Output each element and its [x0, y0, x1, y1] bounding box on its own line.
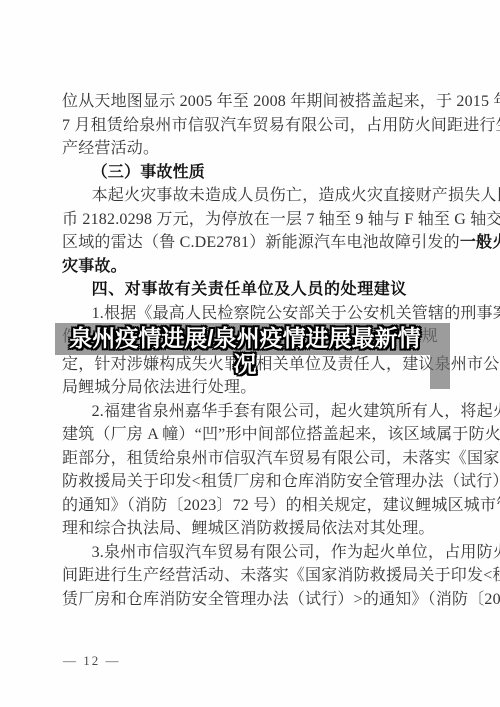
text-line: 建筑（厂房 A 幢）“凹”形中间部位搭盖起来，该区域属于防火间: [62, 423, 438, 447]
text-line: 的通知》（消防〔2023〕72 号）的相关规定，建议鲤城区城市管: [62, 494, 438, 518]
text-line: 1.根据《最高人民检察院公安部关于公安机关管辖的刑事案: [62, 302, 438, 326]
text-line: 位从天地图显示 2005 年至 2008 年期间被搭盖起来，于 2015 年: [62, 90, 438, 114]
document-page: 位从天地图显示 2005 年至 2008 年期间被搭盖起来，于 2015 年7 …: [0, 0, 500, 707]
text-line: 灾事故。: [62, 255, 438, 279]
overlay-headline: 泉州疫情进展/泉州疫情进展最新情 况: [55, 325, 435, 377]
headline-line-2: 况: [55, 351, 435, 377]
text-line: 间距进行生产经营活动、未落实《国家消防救援局关于印发<租: [62, 564, 438, 588]
text-segment: 区域的雷达（鲁 C.DE2781）新能源汽车电池故障引发的: [62, 234, 460, 251]
text-segment: 一般火: [460, 234, 500, 251]
text-line: （三）事故性质: [62, 161, 438, 185]
text-line: 产经营活动。: [62, 137, 438, 161]
text-line: 理和综合执法局、鲤城区消防救援局依法对其处理。: [62, 517, 438, 541]
text-line: 本起火灾事故未造成人员伤亡，造成火灾直接财产损失人民: [62, 184, 438, 208]
text-line: 3.泉州市信驭汽车贸易有限公司，作为起火单位，占用防火: [62, 541, 438, 565]
text-line: 距部分，租赁给泉州市信驭汽车贸易有限公司，未落实《国家消: [62, 447, 438, 471]
text-line: 防救援局关于印发<租赁厂房和仓库消防安全管理办法（试行）>: [62, 470, 438, 494]
text-line: 区域的雷达（鲁 C.DE2781）新能源汽车电池故障引发的一般火: [62, 231, 438, 255]
text-line: 2.福建省泉州嘉华手套有限公司，起火建筑所有人，将起火: [62, 400, 438, 424]
text-line: 局鲤城分局依法进行处理。: [62, 376, 438, 400]
text-line: 赁厂房和仓库消防安全管理办法（试行）>的通知》（消防〔2023〕: [62, 588, 438, 612]
text-line: 7 月租赁给泉州市信驭汽车贸易有限公司，占用防火间距进行生: [62, 114, 438, 138]
page-number: — 12 —: [63, 653, 121, 669]
text-line: 币 2182.0298 万元，为停放在一层 7 轴至 9 轴与 F 轴至 G 轴…: [62, 208, 438, 232]
headline-line-1: 泉州疫情进展/泉州疫情进展最新情: [55, 325, 435, 351]
text-line: 四、对事故有关责任单位及人员的处理建议: [62, 278, 438, 302]
